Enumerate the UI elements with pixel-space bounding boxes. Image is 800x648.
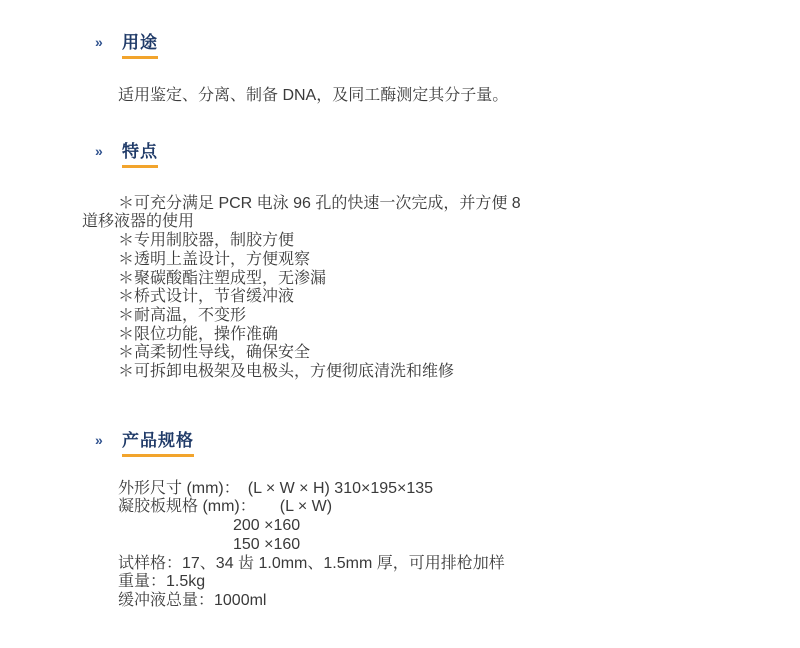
- spec-line-sample-comb: 试样格：17、34 齿 1.0mm、1.5mm 厚，可用排枪加样: [82, 555, 640, 574]
- feature-item: ＊桥式设计，节省缓冲液: [82, 288, 640, 307]
- section-specs: » 产品规格 外形尺寸 (mm)： (L × W × H) 310×195×13…: [82, 431, 640, 611]
- double-chevron-right-icon: »: [95, 33, 122, 52]
- section-features-header: » 特点: [82, 142, 640, 168]
- feature-item: ＊透明上盖设计，方便观察: [82, 251, 640, 270]
- spec-line-outer-dimensions: 外形尺寸 (mm)： (L × W × H) 310×195×135: [82, 480, 640, 499]
- section-specs-header: » 产品规格: [82, 431, 640, 457]
- feature-item: ＊专用制胶器，制胶方便: [82, 232, 640, 251]
- feature-item: ＊限位功能，操作准确: [82, 326, 640, 345]
- spec-line-gel-plate-size: 凝胶板规格 (mm)： (L × W): [82, 498, 640, 517]
- feature-item: ＊高柔韧性导线，确保安全: [82, 344, 640, 363]
- feature-item: ＊耐高温，不变形: [82, 307, 640, 326]
- section-features-body: ＊可充分满足 PCR 电泳 96 孔的快速一次完成，并方便 8 道移液器的使用 …: [82, 195, 640, 382]
- spec-line-gel-size-2: 150 ×160: [82, 536, 640, 555]
- section-usage: » 用途 适用鉴定、分离、制备 DNA，及同工酶测定其分子量。: [82, 33, 640, 106]
- product-detail-content: » 用途 适用鉴定、分离、制备 DNA，及同工酶测定其分子量。 » 特点 ＊可充…: [0, 0, 640, 611]
- section-features-title: 特点: [122, 142, 158, 168]
- feature-item: ＊聚碳酸酯注塑成型，无渗漏: [82, 270, 640, 289]
- section-specs-title: 产品规格: [122, 431, 194, 457]
- section-usage-title: 用途: [122, 33, 158, 59]
- usage-paragraph: 适用鉴定、分离、制备 DNA，及同工酶测定其分子量。: [82, 87, 640, 106]
- feature-item: ＊可充分满足 PCR 电泳 96 孔的快速一次完成，并方便 8 道移液器的使用: [82, 195, 640, 232]
- spec-line-gel-size-1: 200 ×160: [82, 517, 640, 536]
- spec-line-buffer-volume: 缓冲液总量：1000ml: [82, 592, 640, 611]
- section-specs-body: 外形尺寸 (mm)： (L × W × H) 310×195×135 凝胶板规格…: [82, 480, 640, 611]
- section-features: » 特点 ＊可充分满足 PCR 电泳 96 孔的快速一次完成，并方便 8 道移液…: [82, 142, 640, 382]
- double-chevron-right-icon: »: [95, 142, 122, 161]
- feature-item: ＊可拆卸电极架及电极头，方便彻底清洗和维修: [82, 363, 640, 382]
- spec-line-weight: 重量：1.5kg: [82, 573, 640, 592]
- section-usage-body: 适用鉴定、分离、制备 DNA，及同工酶测定其分子量。: [82, 87, 640, 106]
- double-chevron-right-icon: »: [95, 431, 122, 450]
- section-usage-header: » 用途: [82, 33, 640, 59]
